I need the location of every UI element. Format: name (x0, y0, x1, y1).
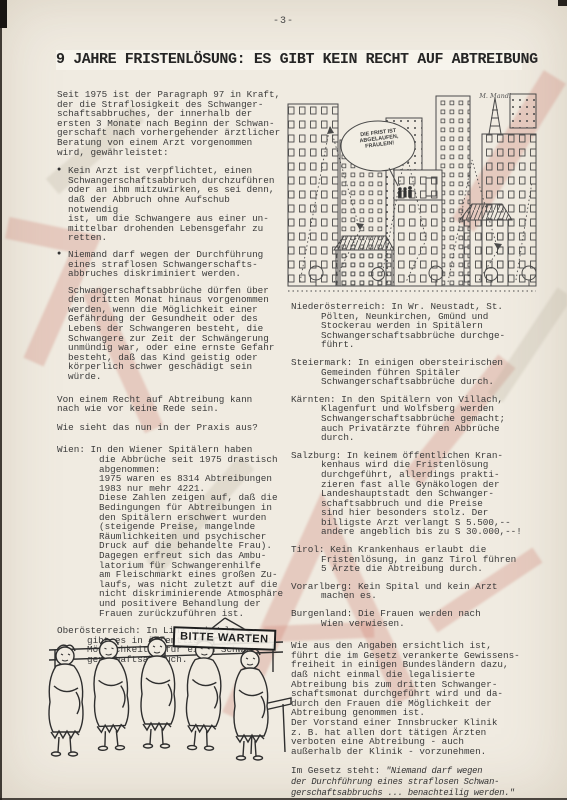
bitte-warten-sign: BITTE WARTEN (173, 626, 276, 651)
intro-paragraph: Seit 1975 ist der Paragraph 97 in Kraft,… (57, 90, 285, 157)
bullet-icon: ● (57, 250, 68, 279)
region-tirol: Tirol: Kein Krankenhaus erlaubt die Fris… (291, 545, 523, 574)
city-cartoon-drawing (286, 90, 539, 300)
region-burgenland: Burgenland: Die Frauen werden nach Wien … (291, 609, 523, 628)
region-vorarlberg: Vorarlberg: Kein Spital und kein Arzt ma… (291, 582, 523, 601)
scan-edge-left (0, 0, 2, 800)
bullet-text: Kein Arzt ist verpflichtet, einen Schwan… (68, 166, 285, 243)
document-page: -3- 9 JAHRE FRISTENLÖSUNG: ES GIBT KEIN … (0, 0, 567, 800)
bullet-item: Schwangerschaftsabbrüche dürfen über den… (57, 286, 285, 382)
law-quote-intro: Im Gesetz steht: (291, 765, 386, 776)
region-text: In keinem öffentlichen Kran- kenhaus wir… (321, 450, 522, 538)
region-wien: Wien: In den Wiener Spitälern haben die … (57, 445, 285, 618)
closing-paragraph: Wie aus den Angaben ersichtlich ist, füh… (291, 641, 523, 756)
region-niederoesterreich: Niederösterreich: In Wr. Neustadt, St. P… (291, 302, 523, 350)
city-cartoon: DIE FRIST IST ABGELAUFEN, FRÄULEIN! M. M… (286, 90, 539, 300)
region-label: Wien: (57, 444, 85, 455)
bullet-item: ●Kein Arzt ist verpflichtet, einen Schwa… (57, 166, 285, 243)
page-number: -3- (0, 16, 567, 27)
region-salzburg: Salzburg: In keinem öffentlichen Kran- k… (291, 451, 523, 537)
region-text: In den Spitälern von Villach, Klagenfurt… (321, 394, 505, 443)
left-column: Seit 1975 ist der Paragraph 97 in Kraft,… (57, 90, 285, 672)
bullet-list: ●Kein Arzt ist verpflichtet, einen Schwa… (57, 166, 285, 381)
page-title: 9 JAHRE FRISTENLÖSUNG: ES GIBT KEIN RECH… (56, 50, 522, 70)
scan-corner-top-left (0, 0, 7, 28)
statement-paragraph: Von einem Recht auf Abtreibung kann nach… (57, 395, 285, 414)
right-column: DIE FRIST IST ABGELAUFEN, FRÄULEIN! M. M… (291, 90, 523, 798)
waiting-cartoon: BITTE WARTEN (45, 612, 295, 782)
bullet-text: Niemand darf wegen der Durchführung eine… (68, 250, 263, 279)
region-label: Tirol: (291, 544, 324, 555)
bullet-icon: ● (57, 166, 68, 243)
law-quote-paragraph: Im Gesetz steht: "Niemand darf wegen der… (291, 766, 523, 798)
bullet-text: Schwangerschaftsabbrüche dürfen über den… (68, 286, 274, 382)
question-line: Wie sieht das nun in der Praxis aus? (57, 423, 285, 433)
region-steiermark: Steiermark: In einigen obersteirischen G… (291, 358, 523, 387)
region-text: Kein Krankenhaus erlaubt die Fristenlösu… (321, 544, 516, 574)
region-kaernten: Kärnten: In den Spitälern von Villach, K… (291, 395, 523, 443)
scan-corner-top-right (558, 0, 567, 6)
bullet-item: ●Niemand darf wegen der Durchführung ein… (57, 250, 285, 279)
region-text: In den Wiener Spitälern haben die Abbrüc… (85, 444, 283, 618)
cartoonist-signature: M. Mandl (479, 92, 511, 102)
